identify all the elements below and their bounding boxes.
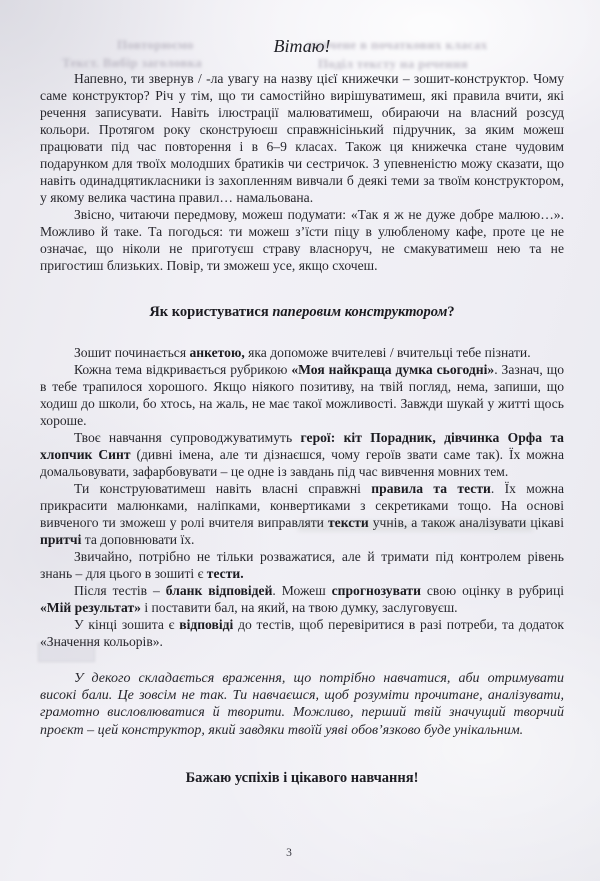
intro-paragraph-1: Напевно, ти звернув / -ла увагу на назву… <box>40 70 564 206</box>
text-run: Звісно, читаючи передмову, можеш подумат… <box>40 207 564 273</box>
page-content: Вітаю! Напевно, ти звернув / -ла увагу н… <box>40 36 564 787</box>
usage-paragraph-1: Зошит починається анкетою, яка допоможе … <box>40 344 564 361</box>
text-run: У декого складається враження, що потріб… <box>40 671 564 738</box>
text-run: Після тестів – <box>74 583 166 598</box>
text-run: притчі <box>40 532 81 547</box>
text-run: Кожна тема відкривається рубрикою <box>74 362 291 377</box>
usage-paragraph-7: У кінці зошита є відповіді до тестів, що… <box>40 616 564 650</box>
text-run: ? <box>447 304 454 320</box>
text-run: спрогнозувати <box>332 583 421 598</box>
text-run: тексти <box>328 515 369 530</box>
usage-paragraph-6: Після тестів – бланк відповідей. Можеш с… <box>40 582 564 616</box>
text-run: відповіді <box>179 617 233 632</box>
text-run: Зошит починається <box>74 345 190 360</box>
text-run: Ти конструюватимеш навіть власні справжн… <box>74 481 371 496</box>
text-run: «Мій результат» <box>40 600 141 615</box>
usage-paragraph-3: Твоє навчання супроводжуватимуть герої: … <box>40 429 564 480</box>
text-run: Твоє навчання супроводжуватимуть <box>74 430 301 445</box>
text-run: . Можеш <box>272 583 331 598</box>
closing-line: Бажаю успіхів і цікавого навчання! <box>40 770 564 787</box>
text-run: свою оцінку в рубриці <box>421 583 564 598</box>
page-number: 3 <box>0 847 578 859</box>
text-run: тести. <box>207 566 244 581</box>
section-heading: Як користуватися паперовим конструктором… <box>40 303 564 321</box>
text-run: і поставити бал, на який, на твою думку,… <box>141 600 458 615</box>
text-run: Звичайно, потрібно не тільки розважатися… <box>40 549 564 581</box>
text-run: Напевно, ти звернув / -ла увагу на назву… <box>40 71 564 205</box>
text-run: бланк відповідей <box>166 583 273 598</box>
text-run: «Моя найкраща думка сьогодні» <box>291 362 494 377</box>
usage-paragraph-4: Ти конструюватимеш навіть власні справжн… <box>40 480 564 548</box>
usage-paragraph-5: Звичайно, потрібно не тільки розважатися… <box>40 548 564 582</box>
usage-paragraph-2: Кожна тема відкривається рубрикою «Моя н… <box>40 361 564 429</box>
text-run: правила та тести <box>371 481 491 496</box>
intro-paragraph-2: Звісно, читаючи передмову, можеш подумат… <box>40 206 564 274</box>
text-run: паперовим конструктором <box>272 304 447 320</box>
text-run: яка допоможе вчителеві / вчительці тебе … <box>245 345 531 360</box>
text-run: учнів, а також аналізувати цікаві <box>369 515 564 530</box>
text-run: У кінці зошита є <box>74 617 179 632</box>
page-title: Вітаю! <box>40 36 564 57</box>
italic-note-paragraph: У декого складається враження, що потріб… <box>40 670 564 739</box>
text-run: Як користуватися <box>149 304 272 320</box>
text-run: анкетою, <box>190 345 245 360</box>
scanned-book-page: Повторюємо вивчене в початкових класах Т… <box>0 0 600 881</box>
text-run: та доповнювати їх. <box>81 532 194 547</box>
